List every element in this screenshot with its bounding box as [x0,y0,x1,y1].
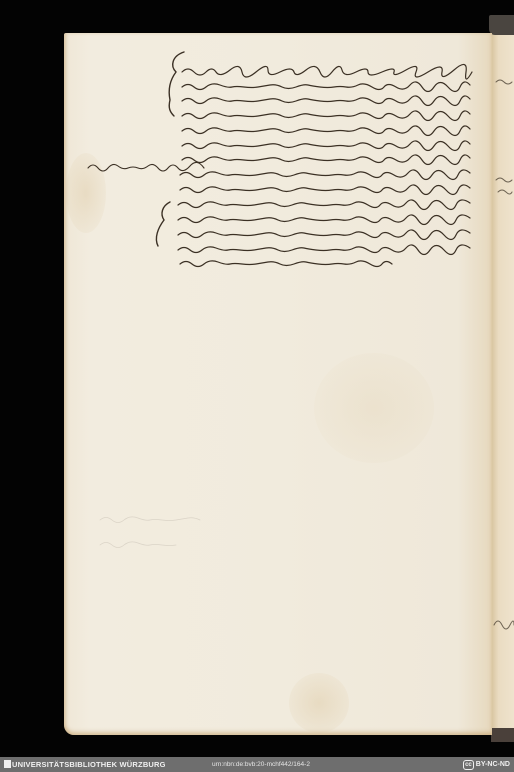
license-info[interactable]: ccBY-NC-ND [463,757,510,772]
handwritten-text [0,0,514,757]
institution-logo[interactable]: UNIVERSITÄTSBIBLIOTHEK WÜRZBURG [4,757,166,772]
institution-name: UNIVERSITÄTSBIBLIOTHEK WÜRZBURG [12,760,166,769]
creative-commons-icon: cc [463,760,474,770]
footer-bar: UNIVERSITÄTSBIBLIOTHEK WÜRZBURG urn:nbn:… [0,757,514,772]
urn-identifier: urn:nbn:de:bvb:20-mchf442/164-2 [212,757,310,772]
license-label: BY-NC-ND [476,761,510,768]
image-viewport[interactable] [0,0,514,757]
logo-mark-icon [4,760,11,768]
